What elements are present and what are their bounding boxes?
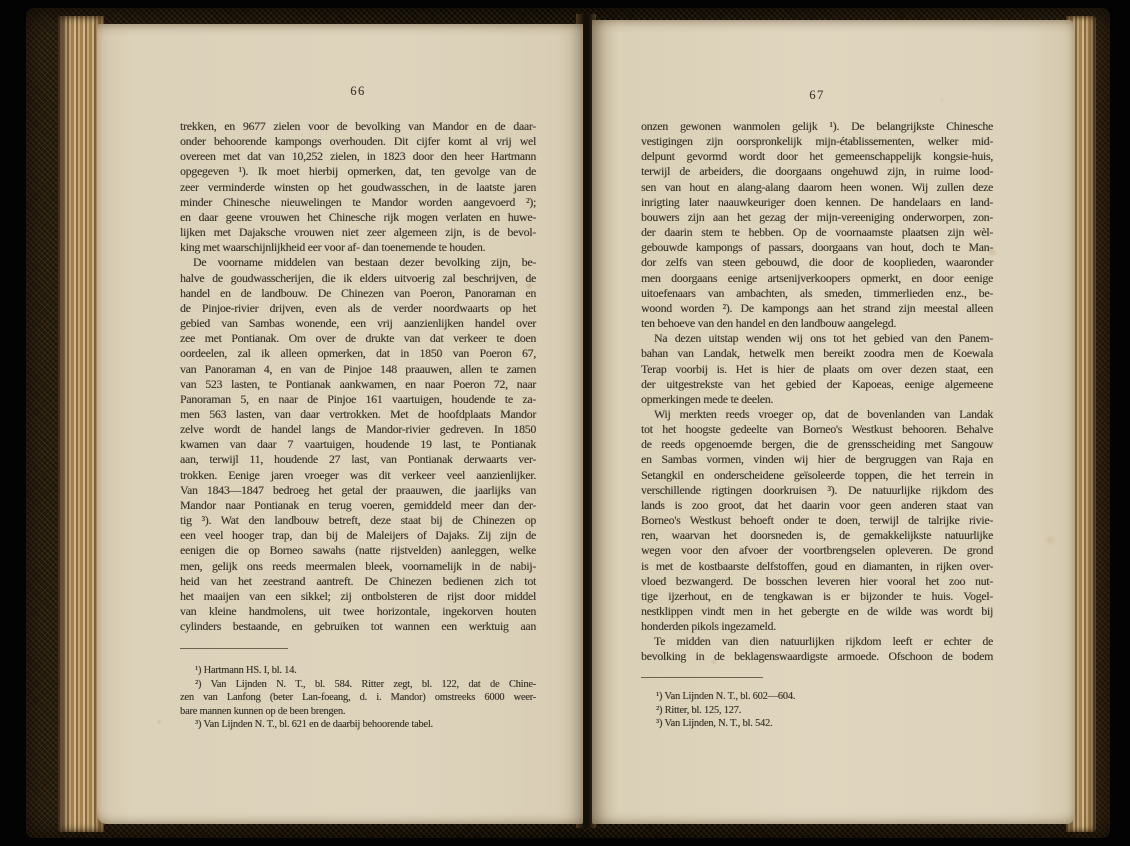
text-line: men doorgaans eenige artsenijverkoopers … (641, 271, 993, 286)
text-line: king met waarschijnlijkheid eer voor af-… (180, 240, 536, 255)
text-line: Mandor naar Pontianak en terug voeren, g… (180, 498, 536, 513)
text-line: zelve wordt de handel langs de Mandor-ri… (180, 422, 536, 437)
text-line: opgegeven ¹). Ik moet hierbij opmerken, … (180, 164, 536, 179)
text-line: tig ³). Wat den landbouw betreft, deze s… (180, 513, 536, 528)
text-line: nestklippen vindt men in het gebergte en… (641, 604, 993, 619)
text-line: vloed bezwangerd. De bosschen leveren hi… (641, 574, 993, 589)
text-line: men 563 lasten, van daar vertrokken. Met… (180, 407, 536, 422)
text-line: ¹) Hartmann HS. I, bl. 14. (180, 664, 536, 678)
text-line: delpunt gevormd wordt door het gemeensch… (641, 149, 993, 164)
text-line: zen van Lanfong (beter Lan-foeang, d. i.… (180, 691, 536, 705)
text-line: ³) Van Lijnden N. T., bl. 621 en de daar… (180, 718, 536, 732)
text-line: eenigen die op Borneo sawahs (natte rijs… (180, 543, 536, 558)
footnote-separator-left (180, 648, 288, 649)
text-line: is met de kostbaarste delfstoffen, goud … (641, 559, 993, 574)
text-line: kwamen van daar 7 vaartuigen, houdende 1… (180, 437, 536, 452)
page-right-footnotes: ¹) Van Lijnden N. T., bl. 602—604.²) Rit… (641, 690, 993, 731)
text-line: het maaijen van een sikkel; zij ontbolst… (180, 589, 536, 604)
text-line: tige ijzerhout, en de tengkawan is er bi… (641, 589, 993, 604)
text-line: bahan van Landak, hetwelk men bereikt zo… (641, 346, 993, 361)
text-line: ren, waarvan het doorsneden is, de gemak… (641, 528, 993, 543)
page-number-right: 67 (641, 88, 993, 103)
text-line: lands is zoo groot, dat het daarin voor … (641, 498, 993, 513)
text-line: handel en de landbouw. De Chinezen van P… (180, 286, 536, 301)
text-line: der daarin stem te hebben. Op de voornaa… (641, 225, 993, 240)
text-line: Van 1843—1847 bedroeg het getal der praa… (180, 483, 536, 498)
text-line: bevolking in de beklagenswaardigste armo… (641, 649, 993, 664)
text-line: ¹) Van Lijnden N. T., bl. 602—604. (641, 690, 993, 704)
text-line: woond worden ²). De kampongs aan het str… (641, 301, 993, 316)
text-line: Te midden van dien natuurlijken rijkdom … (641, 634, 993, 649)
page-number-left: 66 (180, 84, 536, 99)
text-line: opmerkingen mede te deelen. (641, 392, 993, 407)
text-line: de reeds opgenoemde bergen, die de grens… (641, 437, 993, 452)
text-line: der uitgestrekste van het gebied der Kap… (641, 377, 993, 392)
text-line: zeer verminderde winsten op het goudwass… (180, 180, 536, 195)
text-line: sen van hout en alang-alang daarom heen … (641, 180, 993, 195)
text-line: bare mannen kunnen op de been brengen. (180, 705, 536, 719)
text-line: van Panoraman 4, en van de Pinjoe 148 pr… (180, 362, 536, 377)
text-line: van kleine handmolens, uit twee horizont… (180, 604, 536, 619)
text-line: Wij merkten reeds vroeger op, dat de bov… (641, 407, 993, 422)
text-line: trokken. Eenige jaren vroeger was dit ve… (180, 468, 536, 483)
text-line: onzen gewonen wanmolen gelijk ¹). De bel… (641, 119, 993, 134)
text-line: ³) Van Lijnden, N. T., bl. 542. (641, 717, 993, 731)
text-line: heid van het zeestrand aantreft. De Chin… (180, 574, 536, 589)
text-line: zee met Pontianak. Om over de drukte van… (180, 331, 536, 346)
text-line: wegen voor den afvoer der voortbrengsele… (641, 543, 993, 558)
text-line: De voorname middelen van bestaan dezer b… (180, 255, 536, 270)
text-line: en daar geene vrouwen het Chinesche rijk… (180, 210, 536, 225)
text-line: inrigting later naauwkeuriger doen kenne… (641, 195, 993, 210)
text-line: dor zelfs van steen gebouwd, die door de… (641, 255, 993, 270)
text-line: ²) Van Lijnden N. T., bl. 584. Ritter ze… (180, 678, 536, 692)
text-line: men, gelijk ons reeds meermalen bleek, v… (180, 559, 536, 574)
page-left-footnotes: ¹) Hartmann HS. I, bl. 14.²) Van Lijnden… (180, 664, 536, 732)
text-line: Terap voorbij is. Het is hier de plaats … (641, 362, 993, 377)
text-line: ten behoeve van den handel en den landbo… (641, 316, 993, 331)
text-line: uitoefenaars van ambachten, als smeden, … (641, 286, 993, 301)
page-right-body-text: onzen gewonen wanmolen gelijk ¹). De bel… (641, 119, 993, 665)
text-line: gebied van Sambas wonende, een vrij aanz… (180, 316, 536, 331)
text-line: vestigingen zijn oorspronkelijk mijn-éta… (641, 134, 993, 149)
text-line: cylinders bestaande, en gebruiken tot wa… (180, 619, 536, 634)
text-line: Panoraman 5, en naar de Pinjoe 161 vaart… (180, 392, 536, 407)
text-line: honderden pikols ingezameld. (641, 619, 993, 634)
text-line: minder Chinesche nieuwelingen te Mandor … (180, 195, 536, 210)
text-line: en Sambas vormen, vinden wij hier de ber… (641, 452, 993, 467)
text-line: bouwers zijn aan het gezag der mijn-vere… (641, 210, 993, 225)
text-line: Borneo's Westkust behoeft onder te doen,… (641, 513, 993, 528)
text-line: gebouwde kampongs of passars, doorgaans … (641, 240, 993, 255)
text-line: van 523 lasten, te Pontianak aankwamen, … (180, 377, 536, 392)
page-left-body-text: trekken, en 9677 zielen voor de bevolkin… (180, 119, 536, 634)
text-line: oordeelen, zal ik alleen opmerken, dat i… (180, 346, 536, 361)
text-line: trekken, en 9677 zielen voor de bevolkin… (180, 119, 536, 134)
text-line: ²) Ritter, bl. 125, 127. (641, 704, 993, 718)
page-left: 66 trekken, en 9677 zielen voor de bevol… (97, 24, 583, 824)
text-line: Setangkil en onderscheidene geïsoleerde … (641, 468, 993, 483)
text-line: tot het hoogste gedeelte van Borneo's We… (641, 422, 993, 437)
footnote-separator-right (641, 677, 763, 678)
text-line: Na dezen uitstap wenden wij ons tot het … (641, 331, 993, 346)
text-line: onder behoorende kampongs overhouden. Di… (180, 134, 536, 149)
text-line: de Pinjoe-rivier drijven, even als de ve… (180, 301, 536, 316)
text-line: overeen met dat van 10,252 zielen, in 18… (180, 149, 536, 164)
text-line: aan, terwijl 11, houdende 27 last, van P… (180, 452, 536, 467)
text-line: verschillende rigtingen doorkruisen ³). … (641, 483, 993, 498)
text-line: halve de goudwasscherijen, die ik elders… (180, 271, 536, 286)
text-line: lijken met Dajaksche vrouwen niet zeer a… (180, 225, 536, 240)
text-line: terwijl de arbeiders, die doorgaans onge… (641, 164, 993, 179)
page-right: 67 onzen gewonen wanmolen gelijk ¹). De … (592, 20, 1074, 824)
book-scan-viewer: 66 trekken, en 9677 zielen voor de bevol… (0, 0, 1130, 846)
text-line: een veel hooger trap, dan bij de Maleije… (180, 528, 536, 543)
